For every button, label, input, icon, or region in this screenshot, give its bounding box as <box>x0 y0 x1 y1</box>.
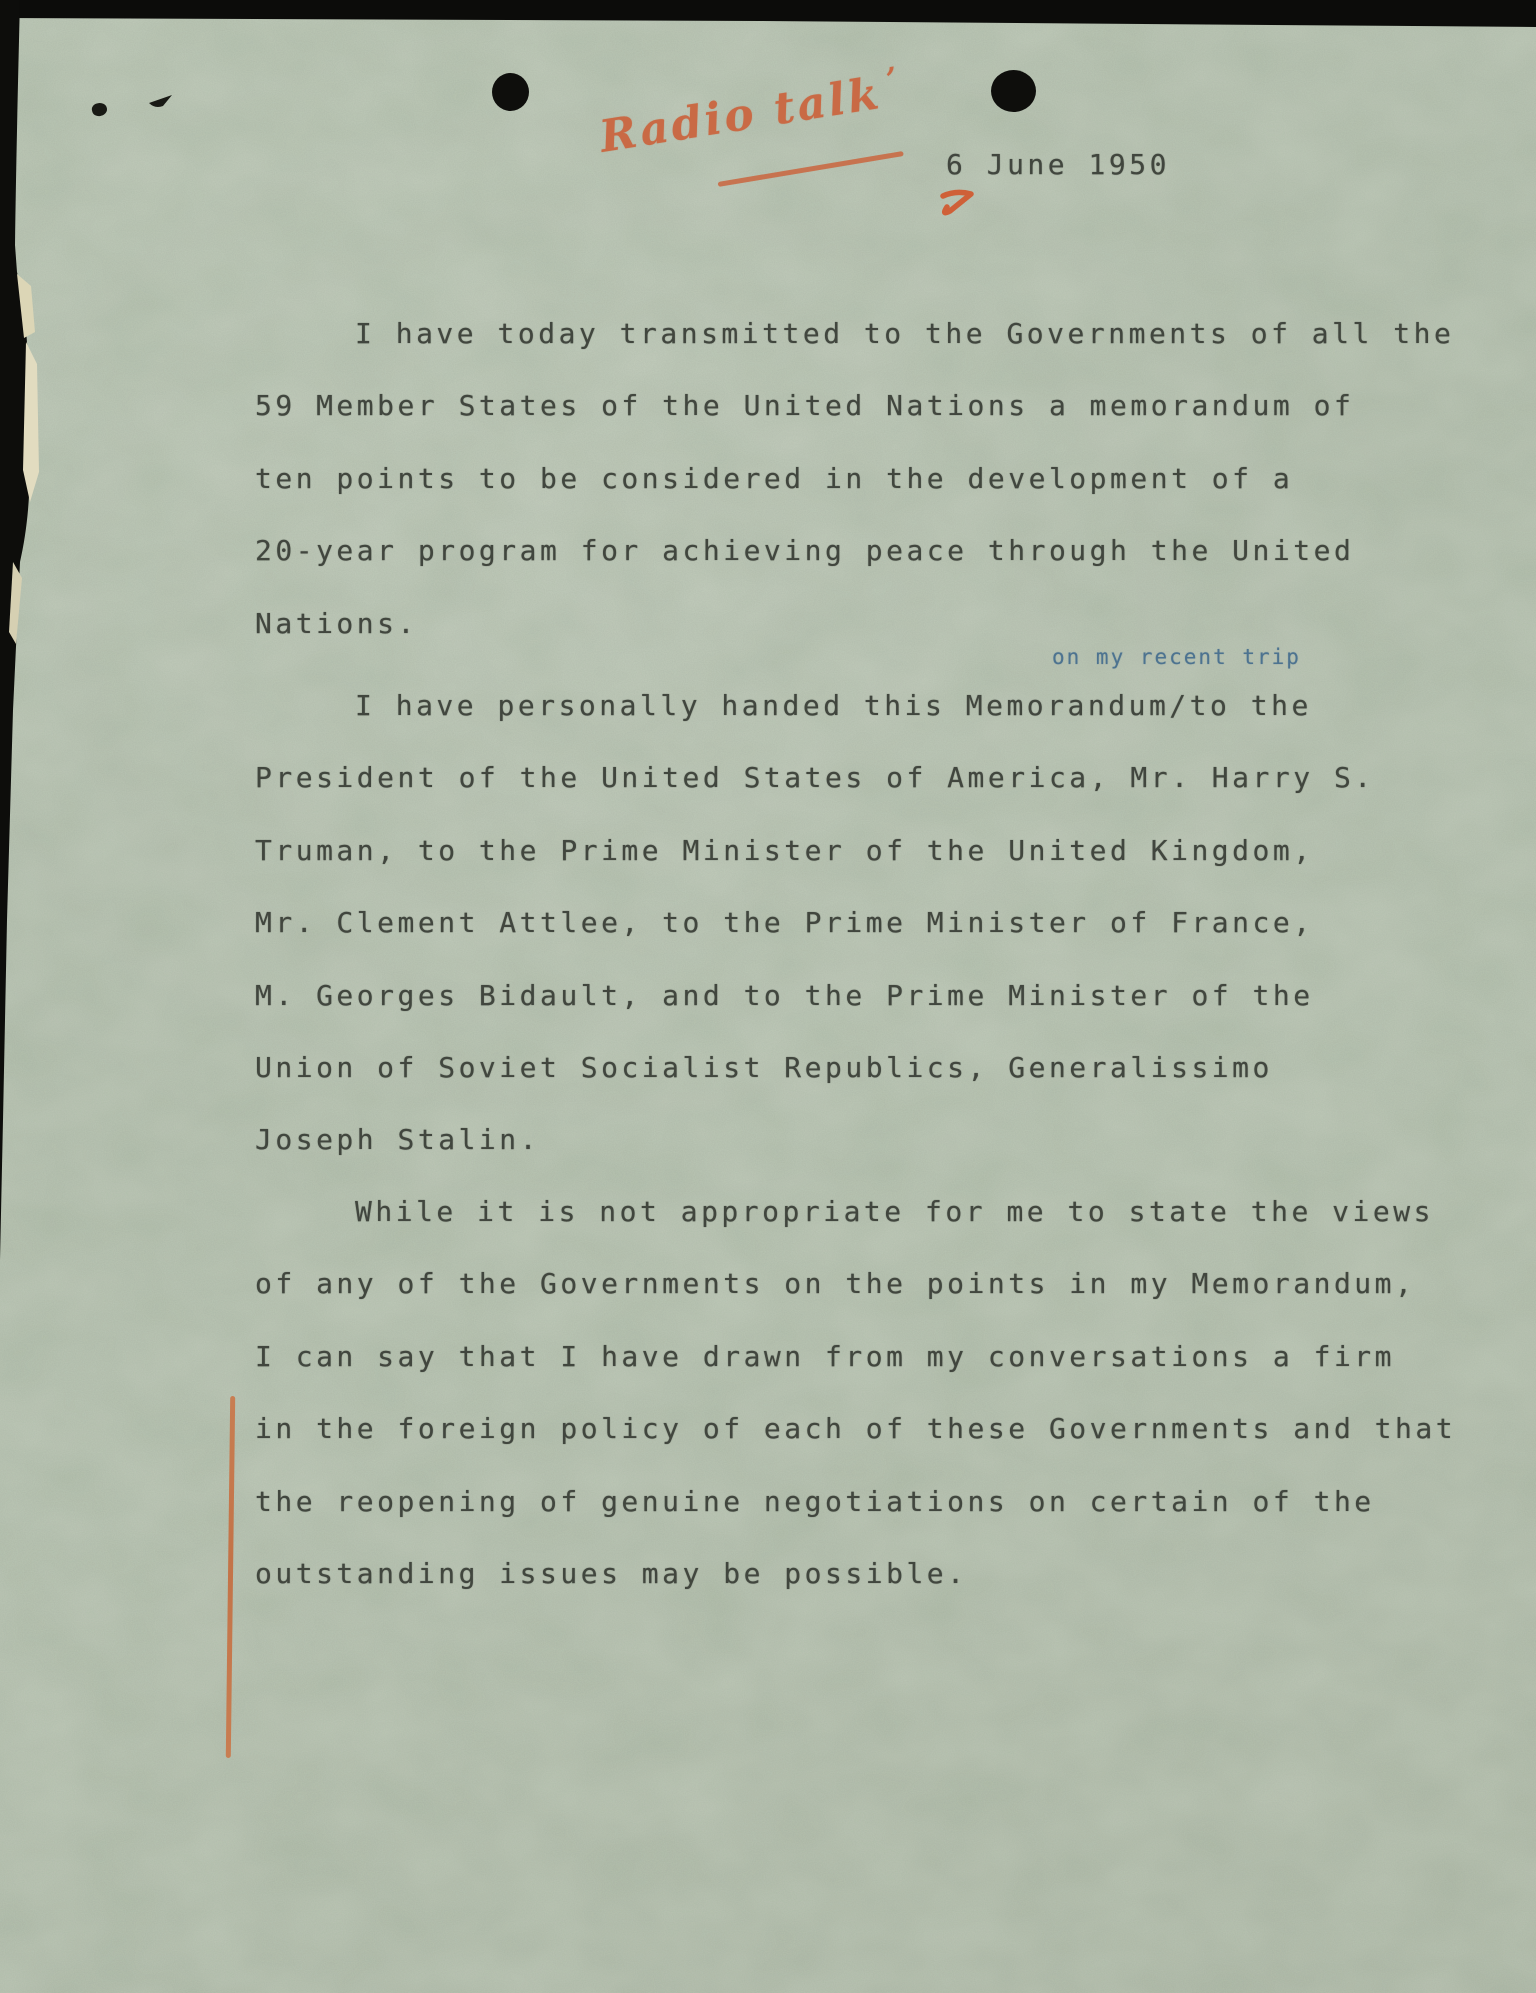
typed-line: Nations. <box>255 588 1525 660</box>
punch-hole-left <box>492 73 529 111</box>
date-line: 6 June 1950 <box>946 148 1170 181</box>
typed-line: I have personally handed this Memorandum… <box>255 670 1525 742</box>
scanned-document: Radio talk’ 6 June 1950 on my recent tri… <box>0 0 1536 1993</box>
punch-hole-right <box>991 70 1036 112</box>
typed-line: the reopening of genuine negotiations on… <box>255 1466 1525 1538</box>
paragraph-3: While it is not appropriate for me to st… <box>255 1176 1525 1610</box>
typed-line: I can say that I have drawn from my conv… <box>255 1321 1525 1393</box>
typed-line: Truman, to the Prime Minister of the Uni… <box>255 815 1525 887</box>
red-checkmark <box>938 188 982 222</box>
paragraph-2: I have personally handed this Memorandum… <box>255 670 1525 1177</box>
ink-mark-flick <box>148 92 178 112</box>
typed-line: M. Georges Bidault, and to the Prime Min… <box>255 960 1525 1032</box>
paragraph-1: I have today transmitted to the Governme… <box>255 298 1525 660</box>
typed-line: I have today transmitted to the Governme… <box>255 298 1525 370</box>
typed-line: While it is not appropriate for me to st… <box>255 1176 1525 1248</box>
typed-line: Union of Soviet Socialist Republics, Gen… <box>255 1032 1525 1104</box>
typed-line: in the foreign policy of each of these G… <box>255 1393 1525 1465</box>
typed-line: ten points to be considered in the devel… <box>255 443 1525 515</box>
typed-line: 20-year program for achieving peace thro… <box>255 515 1525 587</box>
typed-line: outstanding issues may be possible. <box>255 1538 1525 1610</box>
typed-line: Joseph Stalin. <box>255 1104 1525 1176</box>
handwriting-tick: ’ <box>884 61 903 98</box>
typed-line: Mr. Clement Attlee, to the Prime Ministe… <box>255 887 1525 959</box>
typed-line: 59 Member States of the United Nations a… <box>255 370 1525 442</box>
typed-line: President of the United States of Americ… <box>255 742 1525 814</box>
typed-line: of any of the Governments on the points … <box>255 1248 1525 1320</box>
